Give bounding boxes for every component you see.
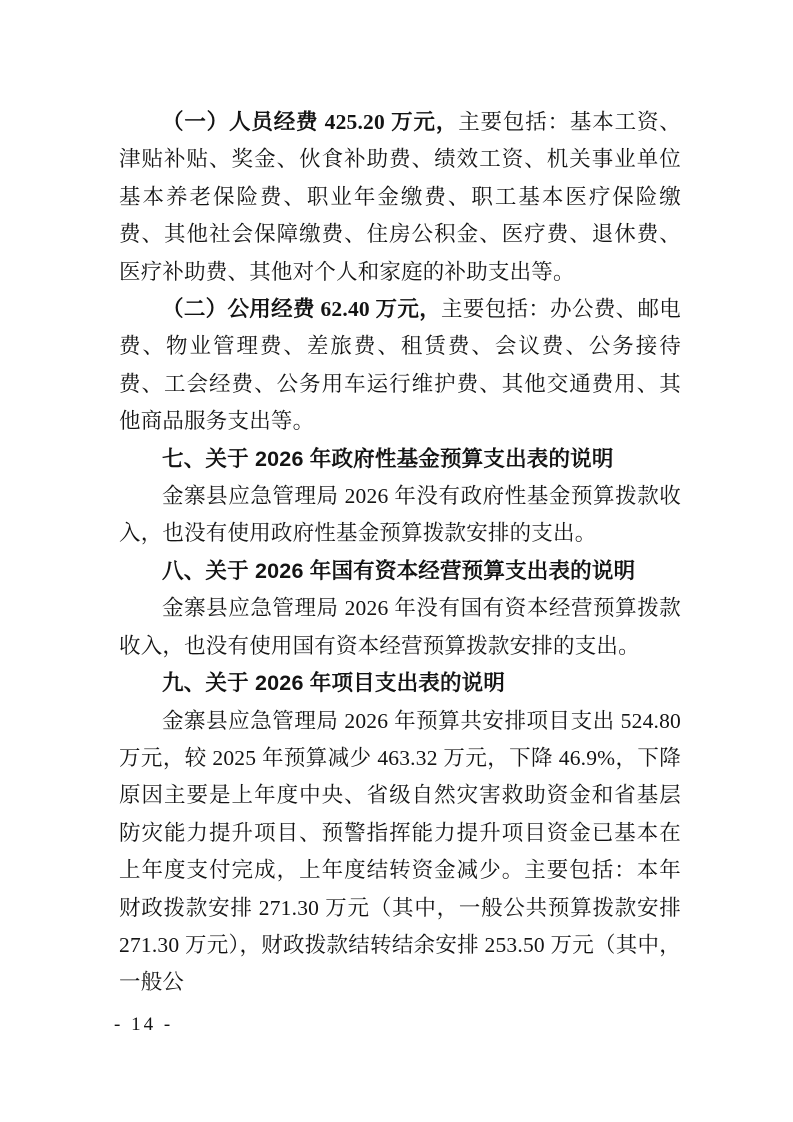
heading-section-seven: 七、关于 2026 年政府性基金预算支出表的说明: [119, 441, 681, 478]
page-number: - 14 -: [114, 1014, 173, 1036]
public-expenses-lead: （二）公用经费 62.40 万元，: [162, 297, 441, 321]
heading-section-nine: 九、关于 2026 年项目支出表的说明: [119, 665, 681, 702]
paragraph-section-eight: 金寨县应急管理局 2026 年没有国有资本经营预算拨款收入，也没有使用国有资本经…: [119, 590, 681, 665]
personnel-expenses-lead: （一）人员经费 425.20 万元，: [162, 110, 458, 134]
document-page: （一）人员经费 425.20 万元，主要包括：基本工资、津贴补贴、奖金、伙食补助…: [0, 0, 793, 1122]
personnel-expenses-text: 主要包括：基本工资、津贴补贴、奖金、伙食补助费、绩效工资、机关事业单位基本养老保…: [119, 110, 681, 284]
paragraph-public-expenses: （二）公用经费 62.40 万元，主要包括：办公费、邮电费、物业管理费、差旅费、…: [119, 291, 681, 441]
paragraph-section-seven: 金寨县应急管理局 2026 年没有政府性基金预算拨款收入，也没有使用政府性基金预…: [119, 478, 681, 553]
document-body: （一）人员经费 425.20 万元，主要包括：基本工资、津贴补贴、奖金、伙食补助…: [119, 104, 681, 1002]
paragraph-section-nine: 金寨县应急管理局 2026 年预算共安排项目支出 524.80 万元，较 202…: [119, 703, 681, 1002]
paragraph-personnel-expenses: （一）人员经费 425.20 万元，主要包括：基本工资、津贴补贴、奖金、伙食补助…: [119, 104, 681, 291]
heading-section-eight: 八、关于 2026 年国有资本经营预算支出表的说明: [119, 553, 681, 590]
